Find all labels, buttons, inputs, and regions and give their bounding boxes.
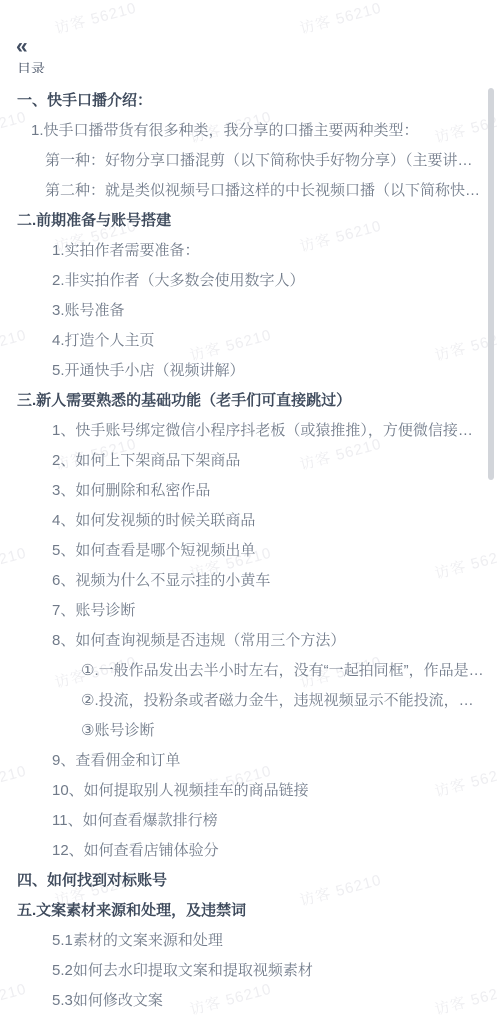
outline-item[interactable]: 五.文案素材来源和处理，及违禁词 [0,896,484,926]
outline-item[interactable]: 5.3如何修改文案 [0,986,484,1016]
outline-item[interactable]: 6、视频为什么不显示挂的小黄车 [0,566,484,596]
outline-item[interactable]: 1、快手账号绑定微信小程序抖老板（或猿推推），方便微信接收出... [0,416,484,446]
outline-list: 一、快手口播介绍：1.快手口播带货有很多种类，我分享的口播主要两种类型：第一种：… [0,86,484,1016]
outline-item[interactable]: 4.打造个人主页 [0,326,484,356]
outline-item[interactable]: 1.快手口播带货有很多种类，我分享的口播主要两种类型： [0,116,484,146]
outline-item[interactable]: 一、快手口播介绍： [0,86,484,116]
outline-item[interactable]: 7、账号诊断 [0,596,484,626]
outline-item[interactable]: 三.新人需要熟悉的基础功能（老手们可直接跳过） [0,386,484,416]
outline-item[interactable]: 第二种：就是类似视频号口播这样的中长视频口播（以下简称快手口... [0,176,484,206]
outline-item[interactable]: 5.2如何去水印提取文案和提取视频素材 [0,956,484,986]
outline-item[interactable]: 5.1素材的文案来源和处理 [0,926,484,956]
outline-item[interactable]: 1.实拍作者需要准备： [0,236,484,266]
outline-item[interactable]: 四、如何找到对标账号 [0,866,484,896]
outline-item[interactable]: ①.一般作品发出去半小时左右，没有“一起拍同框”，作品是违规的 [0,656,484,686]
outline-item[interactable]: 5.开通快手小店（视频讲解） [0,356,484,386]
outline-item[interactable]: ③账号诊断 [0,716,484,746]
outline-item[interactable]: ②.投流，投粉条或者磁力金牛，违规视频显示不能投流，或者是... [0,686,484,716]
outline-panel-title: 目录 [17,61,45,73]
outline-item[interactable]: 2、如何上下架商品下架商品 [0,446,484,476]
outline-item[interactable]: 10、如何提取别人视频挂车的商品链接 [0,776,484,806]
scrollbar-thumb[interactable] [488,88,494,480]
outline-panel: « 目录 一、快手口播介绍：1.快手口播带货有很多种类，我分享的口播主要两种类型… [0,0,497,1017]
collapse-outline-button[interactable]: « [16,34,42,60]
outline-item[interactable]: 8、如何查询视频是否违规（常用三个方法） [0,626,484,656]
outline-item[interactable]: 4、如何发视频的时候关联商品 [0,506,484,536]
outline-item[interactable]: 3.账号准备 [0,296,484,326]
outline-item[interactable]: 11、如何查看爆款排行榜 [0,806,484,836]
outline-item[interactable]: 5、如何查看是哪个短视频出单 [0,536,484,566]
outline-item[interactable]: 2.非实拍作者（大多数会使用数字人） [0,266,484,296]
outline-item[interactable]: 3、如何删除和私密作品 [0,476,484,506]
outline-item[interactable]: 二.前期准备与账号搭建 [0,206,484,236]
outline-item[interactable]: 12、如何查看店铺体验分 [0,836,484,866]
outline-item[interactable]: 第一种：好物分享口播混剪（以下简称快手好物分享）（主要讲解在... [0,146,484,176]
outline-item[interactable]: 9、查看佣金和订单 [0,746,484,776]
